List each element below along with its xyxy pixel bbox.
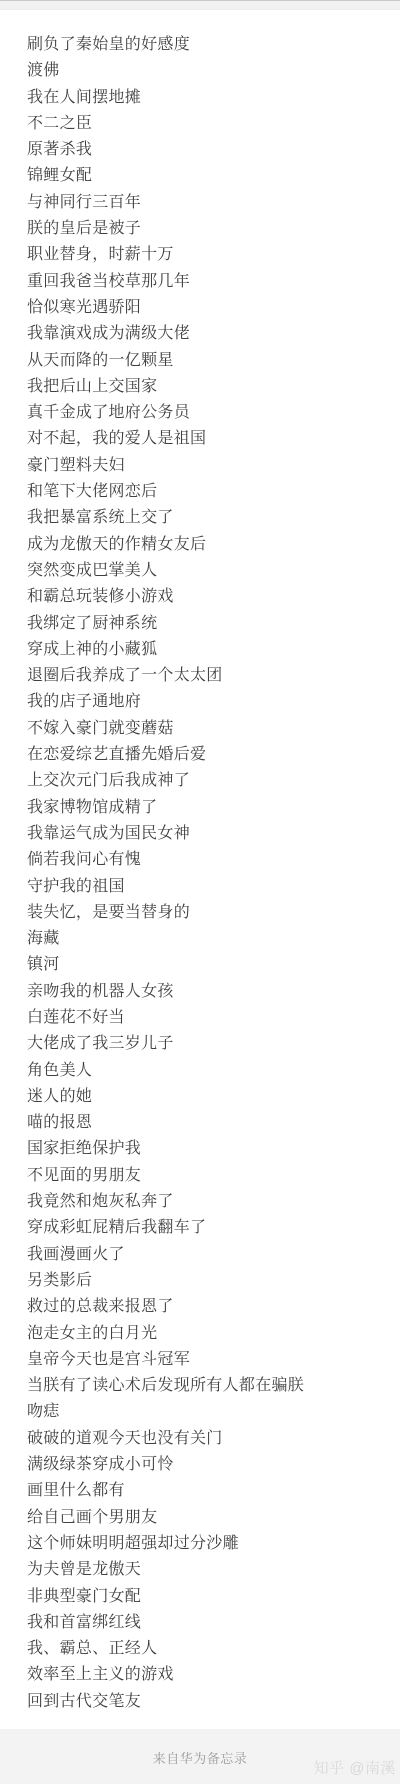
- note-line: 恰似寒光遇骄阳: [27, 295, 384, 321]
- note-line: 倘若我问心有愧: [27, 847, 384, 873]
- note-line: 满级绿茶穿成小可怜: [27, 1452, 384, 1478]
- note-line: 角色美人: [27, 1058, 384, 1084]
- note-line: 我的店子通地府: [27, 689, 384, 715]
- note-line: 和笔下大佬网恋后: [27, 479, 384, 505]
- note-line: 我、霸总、正经人: [27, 1636, 384, 1662]
- note-line: 为夫曾是龙傲天: [27, 1557, 384, 1583]
- note-line: 亲吻我的机器人女孩: [27, 979, 384, 1005]
- note-line: 大佬成了我三岁儿子: [27, 1031, 384, 1057]
- note-line: 效率至上主义的游戏: [27, 1662, 384, 1688]
- note-line: 职业替身，时薪十万: [27, 242, 384, 268]
- note-line: 原著杀我: [27, 137, 384, 163]
- note-line: 和霸总玩装修小游戏: [27, 584, 384, 610]
- footer: 来自华为备忘录 知乎 @南溪: [0, 1729, 400, 1784]
- note-line: 在恋爱综艺直播先婚后爱: [27, 742, 384, 768]
- note-line: 救过的总裁来报恩了: [27, 1294, 384, 1320]
- note-line: 朕的皇后是被子: [27, 216, 384, 242]
- note-line: 真千金成了地府公务员: [27, 400, 384, 426]
- top-bar: [0, 0, 400, 10]
- note-lines: 刷负了秦始皇的好感度渡佛我在人间摆地摊不二之臣原著杀我锦鲤女配与神同行三百年朕的…: [0, 10, 400, 1715]
- note-line: 不嫁入豪门就变蘑菇: [27, 716, 384, 742]
- note-line: 当朕有了读心术后发现所有人都在骗朕: [27, 1373, 384, 1399]
- note-line: 我家博物馆成精了: [27, 795, 384, 821]
- note-line: 穿成彩虹屁精后我翻车了: [27, 1215, 384, 1241]
- note-line: 刷负了秦始皇的好感度: [27, 32, 384, 58]
- note-line: 吻痣: [27, 1399, 384, 1425]
- note-line: 重回我爸当校草那几年: [27, 269, 384, 295]
- note-line: 突然变成巴掌美人: [27, 558, 384, 584]
- note-line: 我和首富绑红线: [27, 1610, 384, 1636]
- note-line: 回到古代交笔友: [27, 1689, 384, 1715]
- note-line: 我靠运气成为国民女神: [27, 821, 384, 847]
- note-line: 锦鲤女配: [27, 163, 384, 189]
- note-line: 白莲花不好当: [27, 1005, 384, 1031]
- note-line: 这个师妹明明超强却过分沙雕: [27, 1531, 384, 1557]
- note-line: 皇帝今天也是宫斗冠军: [27, 1347, 384, 1373]
- note-line: 破破的道观今天也没有关门: [27, 1426, 384, 1452]
- note-line: 与神同行三百年: [27, 190, 384, 216]
- zhihu-watermark: 知乎 @南溪: [314, 1757, 396, 1778]
- note-line: 给自己画个男朋友: [27, 1505, 384, 1531]
- note-line: 画里什么都有: [27, 1478, 384, 1504]
- note-line: 国家拒绝保护我: [27, 1136, 384, 1162]
- note-line: 从天而降的一亿颗星: [27, 348, 384, 374]
- note-line: 豪门塑料夫妇: [27, 453, 384, 479]
- note-line: 退圈后我养成了一个太太团: [27, 663, 384, 689]
- note-line: 不二之臣: [27, 111, 384, 137]
- note-line: 穿成上神的小藏狐: [27, 637, 384, 663]
- note-line: 装失忆，是要当替身的: [27, 900, 384, 926]
- note-line: 我把后山上交国家: [27, 374, 384, 400]
- note-line: 非典型豪门女配: [27, 1584, 384, 1610]
- note-line: 泡走女主的白月光: [27, 1321, 384, 1347]
- note-line: 我靠演戏成为满级大佬: [27, 321, 384, 347]
- note-line: 上交次元门后我成神了: [27, 768, 384, 794]
- note-line: 渡佛: [27, 58, 384, 84]
- note-line: 我竟然和炮灰私奔了: [27, 1189, 384, 1215]
- note-line: 对不起，我的爱人是祖国: [27, 426, 384, 452]
- note-line: 我画漫画火了: [27, 1242, 384, 1268]
- note-line: 镇河: [27, 952, 384, 978]
- note-line: 守护我的祖国: [27, 874, 384, 900]
- note-line: 海藏: [27, 926, 384, 952]
- note-line: 喵的报恩: [27, 1110, 384, 1136]
- note-line: 迷人的她: [27, 1084, 384, 1110]
- note-line: 另类影后: [27, 1268, 384, 1294]
- note-line: 我绑定了厨神系统: [27, 611, 384, 637]
- note-line: 成为龙傲天的作精女友后: [27, 532, 384, 558]
- note-line: 不见面的男朋友: [27, 1163, 384, 1189]
- note-line: 我在人间摆地摊: [27, 85, 384, 111]
- note-line: 我把暴富系统上交了: [27, 505, 384, 531]
- memo-screenshot: 刷负了秦始皇的好感度渡佛我在人间摆地摊不二之臣原著杀我锦鲤女配与神同行三百年朕的…: [0, 0, 400, 1784]
